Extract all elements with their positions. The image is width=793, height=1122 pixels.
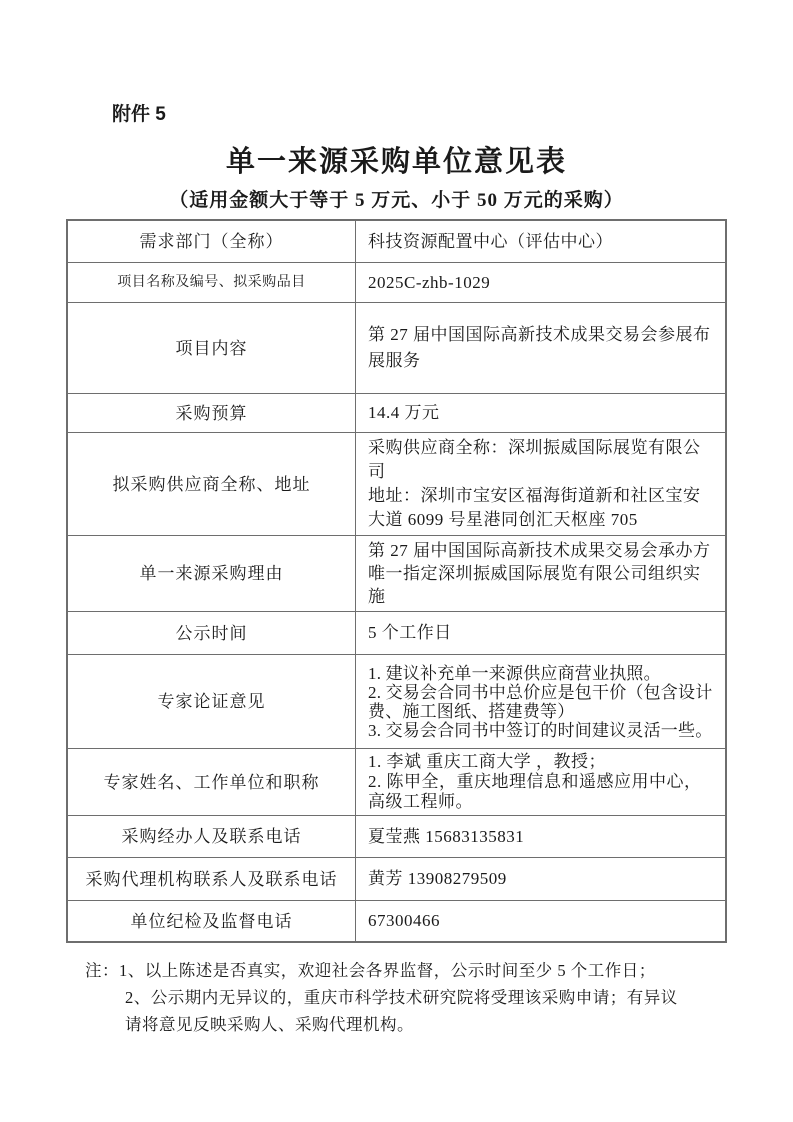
row-value: 5 个工作日 [356,612,725,654]
table-row: 单一来源采购理由 第 27 届中国国际高新技术成果交易会承办方唯一指定深圳振威国… [68,535,725,611]
row-value: 1. 建议补充单一来源供应商营业执照。 2. 交易会合同书中总价应是包干价（包含… [356,655,725,748]
row-value: 采购供应商全称：深圳振威国际展览有限公司 地址：深圳市宝安区福海街道新和社区宝安… [356,433,725,535]
row-label: 项目内容 [68,303,356,393]
row-value: 第 27 届中国国际高新技术成果交易会参展布展服务 [356,303,725,393]
row-value: 14.4 万元 [356,394,725,432]
footnotes: 注：1、以上陈述是否真实，欢迎社会各界监督，公示时间至少 5 个工作日； 2、公… [85,957,705,1038]
attachment-label: 附件 5 [112,103,793,127]
row-label: 采购预算 [68,394,356,432]
row-value: 2025C-zhb-1029 [356,263,725,302]
row-label: 专家论证意见 [68,655,356,748]
table-row: 公示时间 5 个工作日 [68,611,725,654]
page-subtitle: （适用金额大于等于 5 万元、小于 50 万元的采购） [0,188,793,214]
row-value: 1. 李斌 重庆工商大学 ，教授； 2. 陈甲全，重庆地理信息和遥感应用中心，高… [356,749,725,815]
table-row: 采购经办人及联系电话 夏莹燕 15683135831 [68,815,725,857]
row-label: 专家姓名、工作单位和职称 [68,749,356,815]
row-label: 项目名称及编号、拟采购品目 [68,263,356,302]
document-page: 附件 5 单一来源采购单位意见表 （适用金额大于等于 5 万元、小于 50 万元… [0,0,793,1122]
row-label: 采购经办人及联系电话 [68,816,356,857]
table-row: 拟采购供应商全称、地址 采购供应商全称：深圳振威国际展览有限公司 地址：深圳市宝… [68,432,725,535]
table-row: 单位纪检及监督电话 67300466 [68,900,725,941]
row-label: 单位纪检及监督电话 [68,901,356,941]
row-label: 采购代理机构联系人及联系电话 [68,858,356,900]
table-row: 项目内容 第 27 届中国国际高新技术成果交易会参展布展服务 [68,302,725,393]
table-row: 采购代理机构联系人及联系电话 黄芳 13908279509 [68,857,725,900]
row-value: 67300466 [356,901,725,941]
note-line: 2、公示期内无异议的，重庆市科学技术研究院将受理该采购申请；有异议 [85,984,705,1011]
row-value: 第 27 届中国国际高新技术成果交易会承办方唯一指定深圳振威国际展览有限公司组织… [356,536,725,611]
row-label: 拟采购供应商全称、地址 [68,433,356,535]
table-row: 需求部门（全称） 科技资源配置中心（评估中心） [68,221,725,262]
table-row: 采购预算 14.4 万元 [68,393,725,432]
table-row: 专家论证意见 1. 建议补充单一来源供应商营业执照。 2. 交易会合同书中总价应… [68,654,725,748]
row-label: 公示时间 [68,612,356,654]
row-value: 夏莹燕 15683135831 [356,816,725,857]
row-value: 黄芳 13908279509 [356,858,725,900]
opinion-table: 需求部门（全称） 科技资源配置中心（评估中心） 项目名称及编号、拟采购品目 20… [66,219,727,943]
table-row: 项目名称及编号、拟采购品目 2025C-zhb-1029 [68,262,725,302]
note-line: 请将意见反映采购人、采购代理机构。 [85,1011,705,1038]
page-title: 单一来源采购单位意见表 [0,142,793,182]
row-label: 需求部门（全称） [68,221,356,262]
table-row: 专家姓名、工作单位和职称 1. 李斌 重庆工商大学 ，教授； 2. 陈甲全，重庆… [68,748,725,815]
row-value: 科技资源配置中心（评估中心） [356,221,725,262]
note-line: 注：1、以上陈述是否真实，欢迎社会各界监督，公示时间至少 5 个工作日； [85,957,705,984]
row-label: 单一来源采购理由 [68,536,356,611]
